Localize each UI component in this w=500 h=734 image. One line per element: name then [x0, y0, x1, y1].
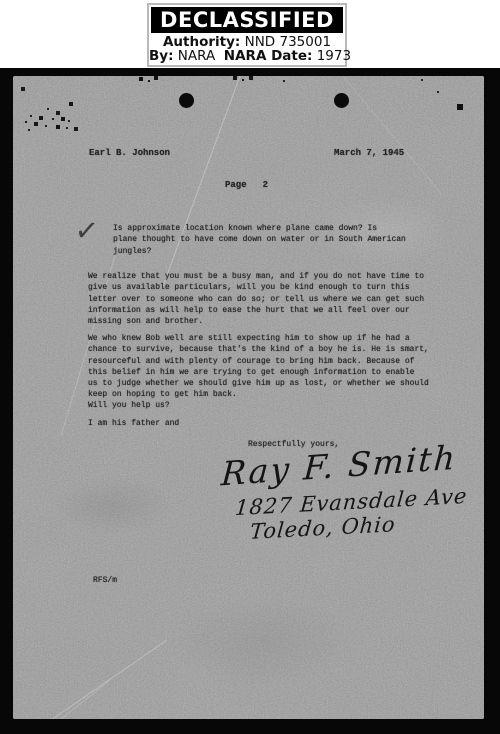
- declassified-stamp: DECLASSIFIED Authority: NND 735001 By: N…: [147, 3, 347, 67]
- question-paragraph: Is approximate location known where plan…: [113, 223, 406, 257]
- stamp-by-line: By: NARA NARA Date: 1973: [149, 49, 345, 63]
- stamp-authority-line: Authority: NND 735001: [149, 35, 345, 49]
- hole-punch-left: [179, 93, 194, 108]
- letter-date: March 7, 1945: [334, 148, 404, 159]
- help-question: Will you help us?: [88, 400, 170, 411]
- pencil-checkmark: ✓: [73, 212, 100, 249]
- page-number: 2: [263, 180, 268, 191]
- stamp-by-label: By:: [149, 48, 174, 64]
- stamp-date-value: 1973: [317, 48, 351, 64]
- typist-initials: RFS/m: [93, 575, 117, 586]
- scan-background: Earl B. Johnson March 7, 1945 Page 2 ✓ I…: [0, 68, 500, 734]
- stamp-title: DECLASSIFIED: [151, 7, 343, 33]
- father-line: I am his father and: [88, 418, 179, 429]
- body-paragraph-2: We who knew Bob well are still expecting…: [88, 333, 429, 401]
- page-label: Page: [225, 180, 247, 191]
- declassified-letter-scan: DECLASSIFIED Authority: NND 735001 By: N…: [0, 0, 500, 734]
- bleedthrough-smudge: [163, 596, 363, 686]
- body-paragraph-1: We realize that you must be a busy man, …: [88, 271, 424, 327]
- bleedthrough-smudge: [53, 476, 173, 536]
- hole-punch-right: [334, 93, 349, 108]
- ink-speckles: [13, 76, 15, 78]
- stamp-strip: DECLASSIFIED Authority: NND 735001 By: N…: [0, 0, 500, 68]
- letter-page: Earl B. Johnson March 7, 1945 Page 2 ✓ I…: [13, 76, 484, 719]
- recipient-name: Earl B. Johnson: [89, 148, 170, 159]
- stamp-by-value: NARA: [178, 48, 215, 64]
- page-indicator: Page 2: [225, 180, 268, 191]
- stamp-date-label: NARA Date:: [224, 48, 313, 64]
